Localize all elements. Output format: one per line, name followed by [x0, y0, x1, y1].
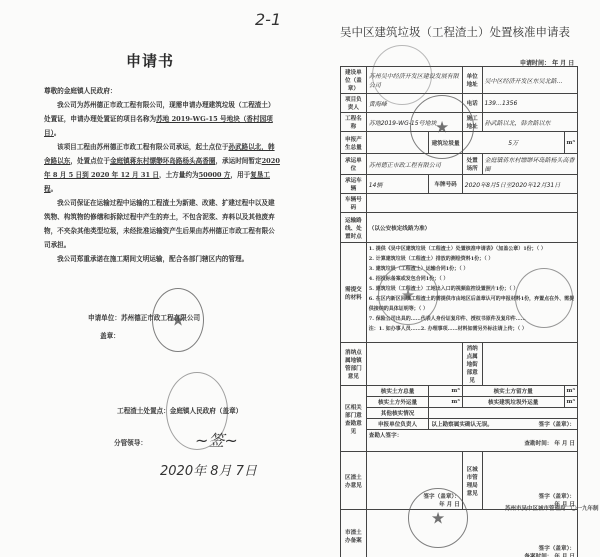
vehicles-label: 承运车辆 — [341, 175, 367, 194]
signature-label: 签字（盖章）： — [369, 544, 575, 552]
receiving-opinion-label: 消纳点属地镇管部门意见 — [341, 343, 367, 386]
application-letter-page: 2-1 申请书 尊敬的金庭镇人民政府： 我公司为苏州德正市政工程有限公司，现需申… — [0, 0, 300, 557]
district-office-label: 区渣土办意见 — [341, 452, 367, 510]
city-mgmt-label: 区城市管理局意见 — [462, 452, 482, 510]
approval-form-page: 吴中区建筑垃圾（工程渣土）处置核准申请表 申请时间： 年 月 日 建设单位（盖章… — [300, 0, 600, 557]
material-item: 1. 提供《吴中区建筑垃圾（工程渣土）处置核准申请表》（加盖公章）1份；（ ） — [369, 244, 575, 254]
sub-row-label: 核实土方总量 — [366, 386, 429, 397]
seal-top — [372, 45, 432, 105]
letter-title: 申请书 — [0, 50, 300, 71]
city-office-label: 市渣土办备案 — [341, 510, 367, 557]
period-value: 2020年8月5日至2020年12月31日 — [462, 175, 577, 194]
leader-signature: ~签~ — [195, 428, 238, 451]
vehicle-no-label: 车辆号码 — [341, 194, 367, 213]
volume-unit: m³ — [564, 132, 577, 154]
route-value: （以公安核定线路为准） — [366, 213, 577, 243]
seal-bottom: ★ — [408, 488, 468, 548]
project-name-label: 工程名称 — [341, 113, 367, 132]
form-footer: 苏州市吴中区城市管理局二〇一九年制 — [505, 504, 599, 512]
seal-town — [515, 268, 573, 328]
sub-row-unit: m³ — [564, 386, 577, 397]
salutation: 尊敬的金庭镇人民政府： — [44, 84, 280, 98]
star-icon: ★ — [431, 509, 445, 528]
plate-label: 车牌号码 — [429, 175, 462, 194]
letter-body: 尊敬的金庭镇人民政府： 我公司为苏州德正市政工程有限公司，现需申请办理建筑垃圾（… — [44, 84, 280, 266]
vehicles-value: 14辆 — [366, 175, 429, 194]
sub-row-unit: m³ — [429, 397, 462, 408]
sub-row-unit: m³ — [564, 397, 577, 408]
star-icon: ★ — [435, 118, 449, 137]
phone-value: 139…1356 — [482, 94, 577, 113]
seal-middle: ★ — [410, 95, 474, 159]
dept-opinion-label: 区相关部门意查勘意见 — [341, 386, 367, 452]
volume-value: 5万 — [462, 132, 564, 154]
star-icon: ★ — [171, 311, 185, 330]
handwritten-date: 2020年 8月 7日 — [160, 460, 257, 479]
signature-label: 签字（盖章）： — [485, 492, 575, 500]
sub-row-label: 其他核实情况 — [366, 408, 429, 419]
site-address-value: 孙武路以北，韩舍路以东 — [482, 113, 577, 132]
sub-row-label: 核实建筑垃圾外运量 — [462, 397, 564, 408]
paragraph-2: 该项目工程由苏州德正市政工程有限公司承运，起土点位于孙武路以北，韩舍路以东，处置… — [44, 140, 280, 196]
company-seal: ★ — [152, 288, 204, 352]
unit-address-label: 单位地址 — [462, 67, 482, 94]
disposal-site-value: 金庭镇蒋东村缥缈环岛路杨头高香圈 — [482, 154, 577, 175]
transport-unit-label: 承运单位 — [341, 154, 367, 175]
material-item: 2. 计算建筑垃圾（工程渣土）排放的测绘资料1份；（ ） — [369, 254, 575, 264]
unit-address-value: 吴中区经济开发区东吴北路… — [482, 67, 577, 94]
star-icon: ★ — [401, 286, 415, 305]
page-number: 2-1 — [255, 10, 281, 29]
leader-label: 分管领导： — [114, 437, 147, 447]
disposal-site-label: 处置场所 — [462, 154, 482, 175]
receiving-dept-label: 消纳点属地街部意见 — [462, 343, 482, 386]
signature-label: 签字（盖章）： — [539, 420, 575, 428]
project-leader-label: 项目负责人 — [341, 94, 367, 113]
inspector-label: 查勘人签字： — [369, 431, 575, 439]
materials-label: 需提交的材料 — [341, 243, 367, 343]
unit-leader-label: 申报单位负责人 — [366, 419, 429, 430]
sub-row-label: 核实土方外运量 — [366, 397, 429, 408]
seal-label: 盖章： — [100, 330, 120, 340]
inspect-time: 查勘时间： 年 月 日 — [369, 439, 575, 447]
paragraph-1: 我公司为苏州德正市政工程有限公司，现需申请办理建筑垃圾（工程渣土）处置证，申请办… — [44, 98, 280, 140]
sub-row-label: 核实土方留方量 — [462, 386, 564, 397]
record-time: 备案时间： 年 月 日 — [369, 552, 575, 557]
form-title: 吴中区建筑垃圾（工程渣土）处置核准申请表 — [310, 24, 600, 40]
paragraph-4: 我公司郑重承诺在施工期间文明运输，配合各部门辖区内的管理。 — [44, 252, 280, 266]
paragraph-3: 我公司保证在运输过程中运输的工程渣土为新建、改建、扩建过程中以及建筑物、构筑物的… — [44, 196, 280, 252]
seal-district: ★ — [378, 265, 438, 325]
route-label: 运输路线、处置时点 — [341, 213, 367, 243]
quantity-label: 申报产生总量 — [341, 132, 367, 154]
confirm-text: 以上勘察属实确认无误。 — [431, 422, 493, 428]
build-unit-label: 建设单位（盖章） — [341, 67, 367, 94]
sub-row-unit: m³ — [429, 386, 462, 397]
